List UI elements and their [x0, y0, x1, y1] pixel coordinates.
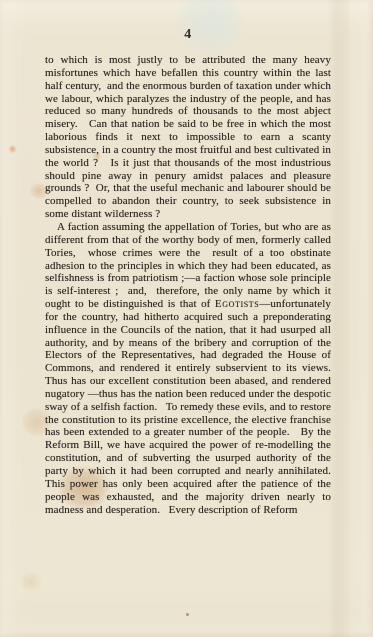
text-block: to which is most justly to be attributed… [45, 54, 331, 516]
text-segment: A faction assuming the appellation of To… [45, 221, 334, 310]
page-number: 4 [45, 27, 331, 43]
text-segment: —unfortunately for the country, had hith… [45, 298, 340, 516]
paragraph: A faction assuming the appellation of To… [45, 221, 331, 516]
ink-speck [186, 613, 189, 616]
foxing-stain [20, 572, 42, 592]
foxing-stain [8, 145, 17, 153]
scanned-page: 4 to which is most justly to be attribut… [0, 0, 373, 637]
paragraph: to which is most justly to be attributed… [45, 54, 331, 221]
smallcaps-word: Egotists [215, 298, 259, 310]
text-segment: to which is most justly to be attributed… [45, 54, 334, 220]
